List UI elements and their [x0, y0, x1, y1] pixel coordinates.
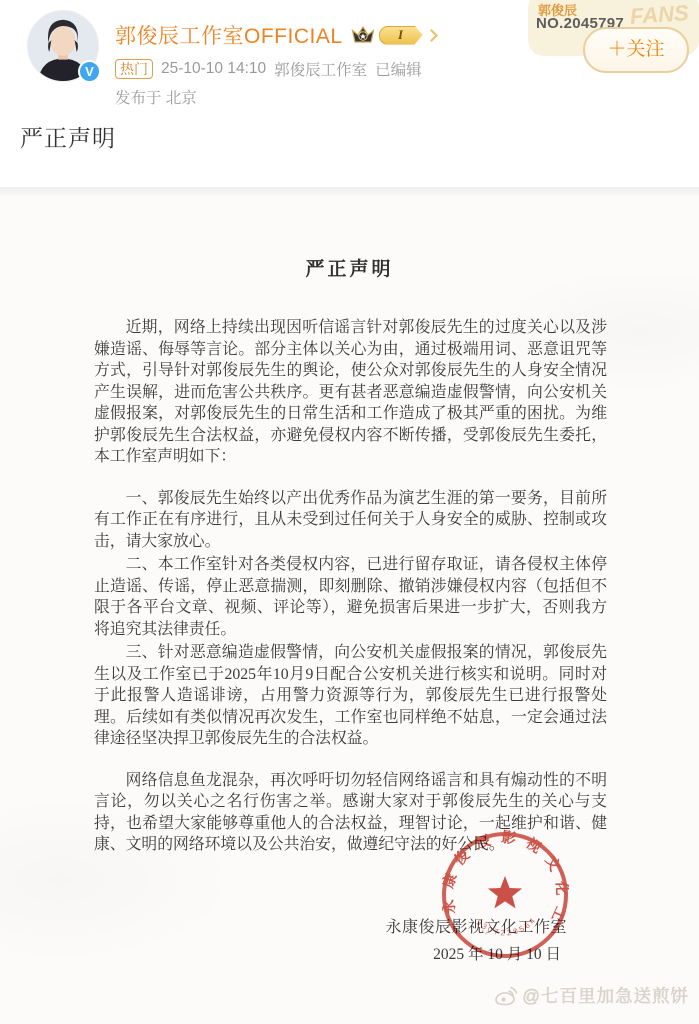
avatar[interactable]: V: [27, 10, 99, 82]
stamp-star-icon: [488, 876, 522, 908]
timestamp: 25-10-10 14:10: [161, 60, 266, 78]
post-header: V 郭俊辰工作室OFFICIAL I 热门 25-10-10 14:10 郭俊辰…: [0, 0, 699, 115]
source-link[interactable]: 郭俊辰工作室: [274, 58, 367, 80]
follow-button[interactable]: ＋关注: [583, 27, 689, 73]
document-body: 近期，网络上持续出现因听信谣言针对郭俊辰先生的过度关心以及涉嫌造谣、侮辱等言论。…: [94, 317, 607, 856]
document-paragraph: 三、针对恶意编造虚假警情，向公安机关虚假报案的情况，郭俊辰先生以及工作室已于20…: [94, 642, 607, 750]
signature-block: 永康俊辰影视文化工作室 2025 年 10 月 10 日: [0, 914, 699, 964]
document-title: 严正声明: [0, 254, 699, 281]
stamp-ring-text: 永康俊辰影视文化工作室: [430, 820, 571, 932]
ribbon-tip-icon: [425, 29, 438, 42]
weibo-logo-icon: [494, 986, 518, 1006]
svg-text:永康俊辰影视文化工作室: 永康俊辰影视文化工作室: [430, 820, 571, 932]
verified-badge-icon: V: [78, 60, 101, 83]
document-paragraph: 近期，网络上持续出现因听信谣言针对郭俊辰先生的过度关心以及涉嫌造谣、侮辱等言论。…: [94, 317, 607, 468]
image-top-shadow: [0, 187, 699, 196]
official-red-stamp-icon: 永康俊辰影视文化工作室 9307220564: [430, 820, 580, 970]
image-watermark: @七百里加急送煎饼: [494, 983, 689, 1008]
fans-watermark: FANS: [629, 0, 689, 30]
watermark-text: @七百里加急送煎饼: [522, 983, 689, 1008]
username[interactable]: 郭俊辰工作室OFFICIAL: [115, 20, 343, 50]
vip-level-badge: I: [379, 26, 423, 45]
stamp-serial: 9307220564: [474, 915, 538, 938]
document-paragraph: 二、本工作室针对各类侵权内容，已进行留存取证，请各侵权主体停止造谣、传谣，停止恶…: [94, 554, 607, 640]
attached-statement-image[interactable]: 严正声明 近期，网络上持续出现因听信谣言针对郭俊辰先生的过度关心以及涉嫌造谣、侮…: [0, 190, 699, 1024]
svg-text:9307220564: 9307220564: [474, 915, 538, 938]
edited-label: 已编辑: [375, 58, 422, 80]
crown-vip-icon: [350, 24, 376, 46]
document-paragraph: 一、郭俊辰先生始终以产出优秀作品为演艺生涯的第一要务，目前所有工作正在有序进行，…: [94, 488, 607, 553]
hot-tag: 热门: [115, 59, 153, 79]
post-text: 严正声明: [20, 120, 116, 153]
location-label: 发布于 北京: [115, 86, 197, 108]
